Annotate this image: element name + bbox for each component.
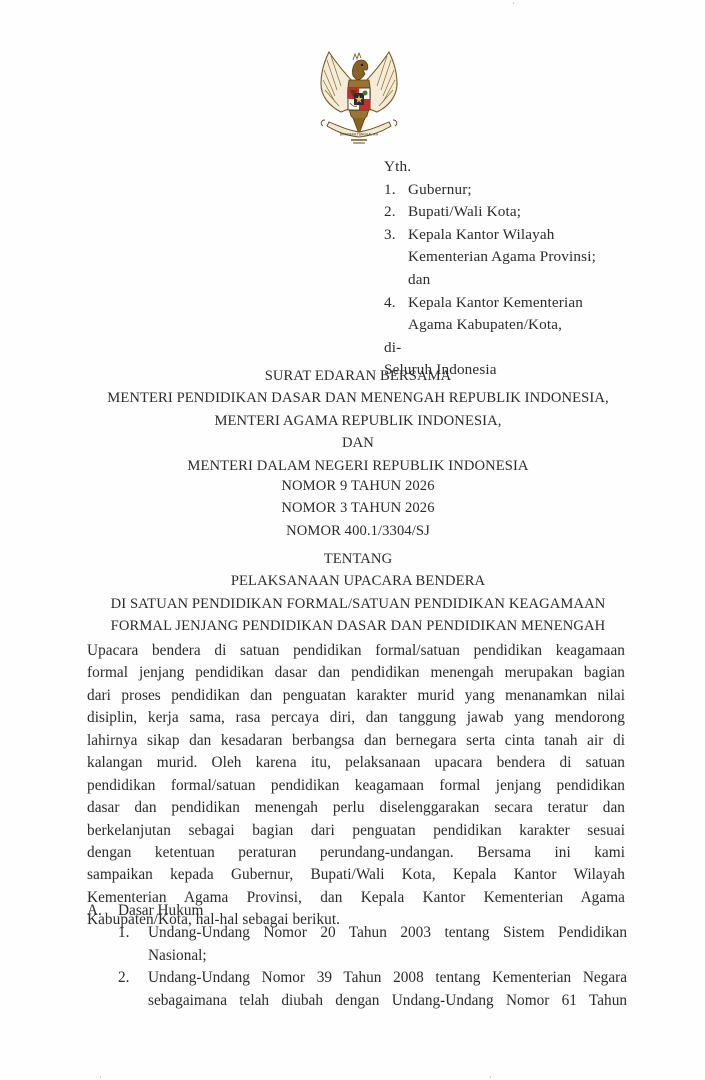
scan-artifact [490, 1076, 491, 1078]
subject-line: PELAKSANAAN UPACARA BENDERA [40, 570, 676, 592]
recipient-text: Gubernur; [408, 179, 472, 202]
recipient-number: 1. [384, 179, 408, 202]
paragraph-line: sampaikan kepada Gubernur, Bupati/Wali K… [87, 864, 625, 886]
legal-basis-item: 2. Undang-Undang Nomor 39 Tahun 2008 ten… [118, 967, 627, 1012]
recipient-number: 3. [384, 224, 408, 247]
paragraph-line: dengan ketentuan peraturan perundang-und… [87, 842, 625, 864]
item-text: Undang-Undang Nomor 20 Tahun 2003 tentan… [148, 922, 627, 967]
recipient-block: Yth. 1. Gubernur; 2. Bupati/Wali Kota; 3… [384, 156, 596, 382]
document-number: NOMOR 3 TAHUN 2026 [40, 497, 676, 519]
paragraph-line: formal jenjang pendidikan dasar dan pend… [87, 662, 625, 684]
issuer-line: MENTERI AGAMA REPUBLIK INDONESIA, [40, 410, 676, 432]
item-line: Undang-Undang Nomor 39 Tahun 2008 tentan… [148, 967, 627, 989]
document-title: SURAT EDARAN BERSAMA MENTERI PENDIDIKAN … [40, 365, 676, 477]
scan-artifact [513, 2, 514, 4]
item-number: 1. [118, 922, 148, 967]
recipient-item: 1. Gubernur; [384, 179, 596, 202]
paragraph-line: berkelanjutan sebagai bagian dari pengua… [87, 820, 625, 842]
garuda-emblem-icon: BHINNEKA TUNGGAL IKA [311, 46, 407, 146]
document-heading: SURAT EDARAN BERSAMA [40, 365, 676, 387]
paragraph-line: pendidikan formal/satuan pendidikan keag… [87, 775, 625, 797]
recipient-text: Kepala Kantor Wilayah [408, 224, 554, 247]
issuer-line: MENTERI PENDIDIKAN DASAR DAN MENENGAH RE… [40, 387, 676, 409]
item-line: Nasional; [148, 945, 627, 967]
item-line: sebagaimana telah diubah dengan Undang-U… [148, 990, 627, 1012]
recipient-item: 4. Kepala Kantor Kementerian [384, 292, 596, 315]
recipient-text-continuation: dan [384, 269, 596, 292]
paragraph-line: dasar dan pendidikan menengah perlu dise… [87, 797, 625, 819]
location-prefix: di- [384, 337, 596, 360]
issuer-line: MENTERI DALAM NEGERI REPUBLIK INDONESIA [40, 455, 676, 477]
item-text: Undang-Undang Nomor 39 Tahun 2008 tentan… [148, 967, 627, 1012]
salutation: Yth. [384, 156, 596, 179]
paragraph-line: disiplin, kerja sama, rasa percaya diri,… [87, 707, 625, 729]
intro-paragraph: Upacara bendera di satuan pendidikan for… [87, 640, 625, 932]
item-line: Undang-Undang Nomor 20 Tahun 2003 tentan… [148, 922, 627, 944]
subject-line: FORMAL JENJANG PENDIDIKAN DASAR DAN PEND… [40, 615, 676, 637]
document-page: BHINNEKA TUNGGAL IKA Yth. 1. Gubernur; 2… [0, 0, 705, 1080]
recipient-number: 4. [384, 292, 408, 315]
legal-basis-item: 1. Undang-Undang Nomor 20 Tahun 2003 ten… [118, 922, 627, 967]
document-subject: TENTANG PELAKSANAAN UPACARA BENDERA DI S… [40, 548, 676, 638]
section-dasar-hukum: A. Dasar Hukum 1. Undang-Undang Nomor 20… [87, 900, 627, 1012]
svg-text:BHINNEKA TUNGGAL IKA: BHINNEKA TUNGGAL IKA [340, 133, 379, 137]
issuer-conjunction: DAN [40, 432, 676, 454]
recipient-text: Bupati/Wali Kota; [408, 201, 521, 224]
document-number: NOMOR 9 TAHUN 2026 [40, 475, 676, 497]
paragraph-line: dari proses pendidikan dan penguatan kar… [87, 685, 625, 707]
paragraph-line: Upacara bendera di satuan pendidikan for… [87, 640, 625, 662]
subject-label: TENTANG [40, 548, 676, 570]
item-number: 2. [118, 967, 148, 1012]
recipient-item: 3. Kepala Kantor Wilayah [384, 224, 596, 247]
paragraph-line: lahirnya sikap dan kesadaran berbangsa d… [87, 730, 625, 752]
section-header: A. Dasar Hukum [87, 900, 627, 922]
paragraph-line: kalangan murid. Oleh karena itu, pelaksa… [87, 752, 625, 774]
section-letter: A. [87, 900, 118, 922]
section-heading: Dasar Hukum [118, 900, 203, 922]
recipient-text: Kepala Kantor Kementerian [408, 292, 583, 315]
recipient-text-continuation: Kementerian Agama Provinsi; [384, 246, 596, 269]
recipient-item: 2. Bupati/Wali Kota; [384, 201, 596, 224]
scan-artifact [100, 1076, 101, 1078]
legal-basis-list: 1. Undang-Undang Nomor 20 Tahun 2003 ten… [87, 922, 627, 1012]
recipient-text-continuation: Agama Kabupaten/Kota, [384, 314, 596, 337]
document-numbers: NOMOR 9 TAHUN 2026 NOMOR 3 TAHUN 2026 NO… [40, 475, 676, 542]
recipient-number: 2. [384, 201, 408, 224]
subject-line: DI SATUAN PENDIDIKAN FORMAL/SATUAN PENDI… [40, 593, 676, 615]
document-number: NOMOR 400.1/3304/SJ [40, 520, 676, 542]
